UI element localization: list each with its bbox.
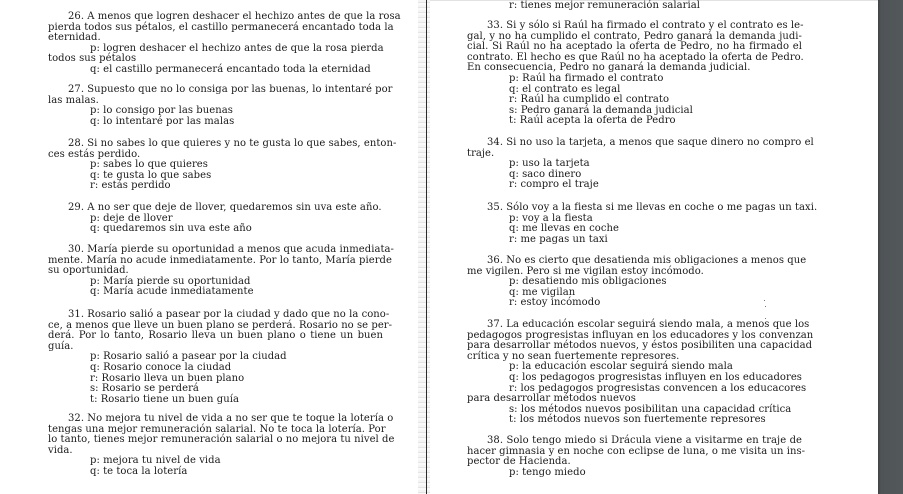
exercise-32: 32. No mejora tu nivel de vida a no ser …	[48, 414, 383, 478]
proposition-r: r: me pagas un taxi	[467, 235, 802, 246]
exercise-36: 36. No es cierto que desatienda mis obli…	[467, 256, 802, 309]
proposition-q: q: María acude inmediatamente	[48, 287, 383, 298]
proposition-q: q: Rosario conoce la ciudad	[48, 363, 383, 374]
exercise-35: 35. Sólo voy a la fiesta si me llevas en…	[467, 203, 802, 245]
proposition-t: t: los métodos nuevos son fuertemente re…	[467, 415, 802, 426]
exercise-text-line: derá. Por lo tanto, Rosario lleva un bue…	[48, 331, 383, 342]
exercise-text-line: 28. Si no sabes lo que quieres y no te g…	[48, 139, 383, 150]
book-gutter	[418, 0, 430, 494]
exercise-text-line: 26. A menos que logren deshacer el hechi…	[48, 12, 383, 23]
proposition-t: t: Rosario tiene un buen guía	[48, 395, 383, 406]
exercise-text-line: 27. Supuesto que no lo consiga por las b…	[48, 85, 383, 96]
scan-speck	[765, 306, 766, 307]
proposition-r: r: tienes mejor remuneración salarial	[467, 1, 802, 12]
viewer-side-panel	[878, 0, 903, 494]
exercise-text-line: lo tanto, tienes mejor remuneración sala…	[48, 435, 383, 446]
scan-speck	[765, 318, 766, 319]
exercise-26: 26. A menos que logren deshacer el hechi…	[48, 12, 383, 76]
exercise-text-line: 32. No mejora tu nivel de vida a no ser …	[48, 414, 383, 425]
exercise-text-line: 36. No es cierto que desatienda mis obli…	[467, 256, 802, 267]
proposition-p: p: tengo miedo	[467, 468, 802, 479]
proposition-q: q: quedaremos sin uva este año	[48, 224, 383, 235]
exercise-text-line: 31. Rosario salió a pasear por la ciudad…	[48, 310, 383, 321]
scan-speck	[764, 300, 765, 301]
exercise-38: 38. Solo tengo miedo si Drácula viene a …	[467, 436, 802, 478]
exercise-text-line: 33. Si y sólo si Raúl ha firmado el cont…	[467, 21, 802, 32]
proposition-q: q: los pedagogos progresistas influyen e…	[467, 373, 802, 384]
proposition-q: q: te toca la lotería	[48, 467, 383, 478]
exercise-text-line: 37. La educación escolar seguirá siendo …	[467, 320, 802, 331]
exercise-27: 27. Supuesto que no lo consiga por las b…	[48, 85, 383, 127]
exercise-text-line: 29. A no ser que deje de llover, quedare…	[48, 203, 383, 214]
proposition-r: r: estás perdido	[48, 181, 383, 192]
page-divider	[426, 0, 427, 494]
exercise-29: 29. A no ser que deje de llover, quedare…	[48, 203, 383, 235]
proposition-r: r: estoy incómodo	[467, 298, 802, 309]
exercise-28: 28. Si no sabes lo que quieres y no te g…	[48, 139, 383, 192]
exercise-text-line: 30. María pierde su oportunidad a menos …	[48, 245, 383, 256]
proposition-p: p: Raúl ha firmado el contrato	[467, 74, 802, 85]
continued-proposition: r: tienes mejor remuneración salarial	[467, 1, 802, 12]
exercise-30: 30. María pierde su oportunidad a menos …	[48, 245, 383, 298]
exercise-text-line: 38. Solo tengo miedo si Drácula viene a …	[467, 436, 802, 447]
proposition-q: q: el castillo permanecerá encantado tod…	[48, 65, 383, 76]
exercise-31: 31. Rosario salió a pasear por la ciudad…	[48, 310, 383, 405]
proposition-q: q: lo intentaré por las malas	[48, 117, 383, 128]
proposition-r: r: compro el traje	[467, 180, 802, 191]
proposition-t: t: Raúl acepta la oferta de Pedro	[467, 116, 802, 127]
exercise-text-line: 35. Sólo voy a la fiesta si me llevas en…	[467, 203, 802, 214]
exercise-text-line: 34. Si no uso la tarjeta, a menos que sa…	[467, 138, 802, 149]
exercise-34: 34. Si no uso la tarjeta, a menos que sa…	[467, 138, 802, 191]
exercise-33: 33. Si y sólo si Raúl ha firmado el cont…	[467, 21, 802, 127]
exercise-37: 37. La educación escolar seguirá siendo …	[467, 320, 802, 426]
